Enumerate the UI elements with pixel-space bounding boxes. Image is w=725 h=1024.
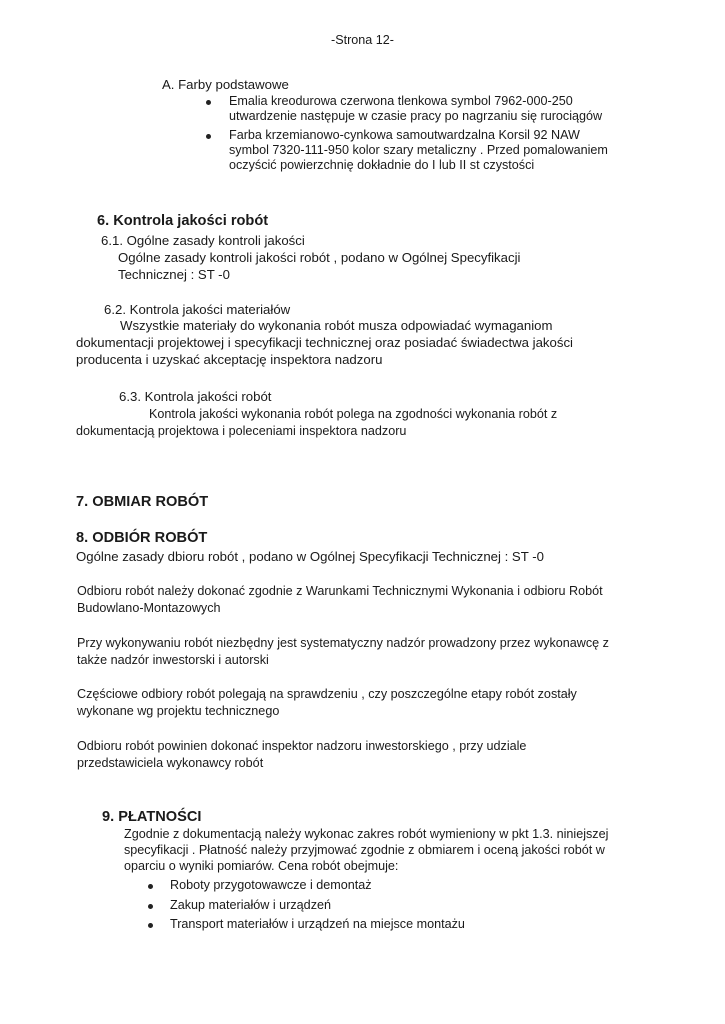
section-7-heading: 7. OBMIAR ROBÓT: [76, 494, 208, 511]
list-item: Roboty przygotowawcze i demontaż: [170, 877, 372, 894]
bullet-icon: [206, 134, 211, 139]
bullet-icon: [148, 884, 153, 889]
section-6-3-heading: 6.3. Kontrola jakości robót: [119, 388, 271, 405]
paragraph-line: specyfikacji . Płatność należy przyjmowa…: [124, 842, 605, 859]
paragraph-line: Odbioru robót należy dokonać zgodnie z W…: [77, 583, 603, 600]
section-6-1-heading: 6.1. Ogólne zasady kontroli jakości: [101, 232, 305, 249]
paragraph-line: wykonane wg projektu technicznego: [77, 703, 279, 720]
paragraph-line: przedstawiciela wykonawcy robót: [77, 755, 263, 772]
paragraph-line: Ogólne zasady kontroli jakości robót , p…: [118, 249, 520, 266]
bullet-icon: [148, 904, 153, 909]
list-item-cont: utwardzenie następuje w czasie pracy po …: [229, 108, 602, 125]
paragraph-line: także nadzór inwestorski i autorski: [77, 652, 269, 669]
paragraph-line: Odbioru robót powinien dokonać inspektor…: [77, 738, 526, 755]
paragraph-line: producenta i uzyskać akceptację inspekto…: [76, 351, 382, 368]
section-8-intro: Ogólne zasady dbioru robót , podano w Og…: [76, 548, 544, 565]
bullet-icon: [206, 100, 211, 105]
paragraph-line: Zgodnie z dokumentacją należy wykonac za…: [124, 826, 608, 843]
paragraph-line: Technicznej : ST -0: [118, 266, 230, 283]
section-9-heading: 9. PŁATNOŚCI: [102, 809, 201, 826]
list-item-cont: oczyścić powierzchnię dokładnie do I lub…: [229, 157, 534, 174]
paragraph-line: Budowlano-Montazowych: [77, 600, 221, 617]
paragraph-line: dokumentacji projektowej i specyfikacji …: [76, 334, 573, 351]
section-a-title: A. Farby podstawowe: [162, 76, 289, 93]
list-item: Transport materiałów i urządzeń na miejs…: [170, 916, 465, 933]
paragraph-line: Kontrola jakości wykonania robót polega …: [149, 406, 557, 423]
paragraph-line: oparciu o wyniki pomiarów. Cena robót ob…: [124, 858, 398, 875]
paragraph-line: Częściowe odbiory robót polegają na spra…: [77, 686, 577, 703]
bullet-icon: [148, 923, 153, 928]
section-8-heading: 8. ODBIÓR ROBÓT: [76, 530, 207, 547]
paragraph-line: dokumentacją projektowa i poleceniami in…: [76, 423, 406, 440]
page-number: -Strona 12-: [331, 32, 394, 49]
paragraph-line: Przy wykonywaniu robót niezbędny jest sy…: [77, 635, 609, 652]
list-item: Zakup materiałów i urządzeń: [170, 897, 331, 914]
section-6-heading: 6. Kontrola jakości robót: [97, 213, 268, 230]
paragraph-line: Wszystkie materiały do wykonania robót m…: [120, 317, 552, 334]
section-6-2-heading: 6.2. Kontrola jakości materiałów: [104, 301, 290, 318]
